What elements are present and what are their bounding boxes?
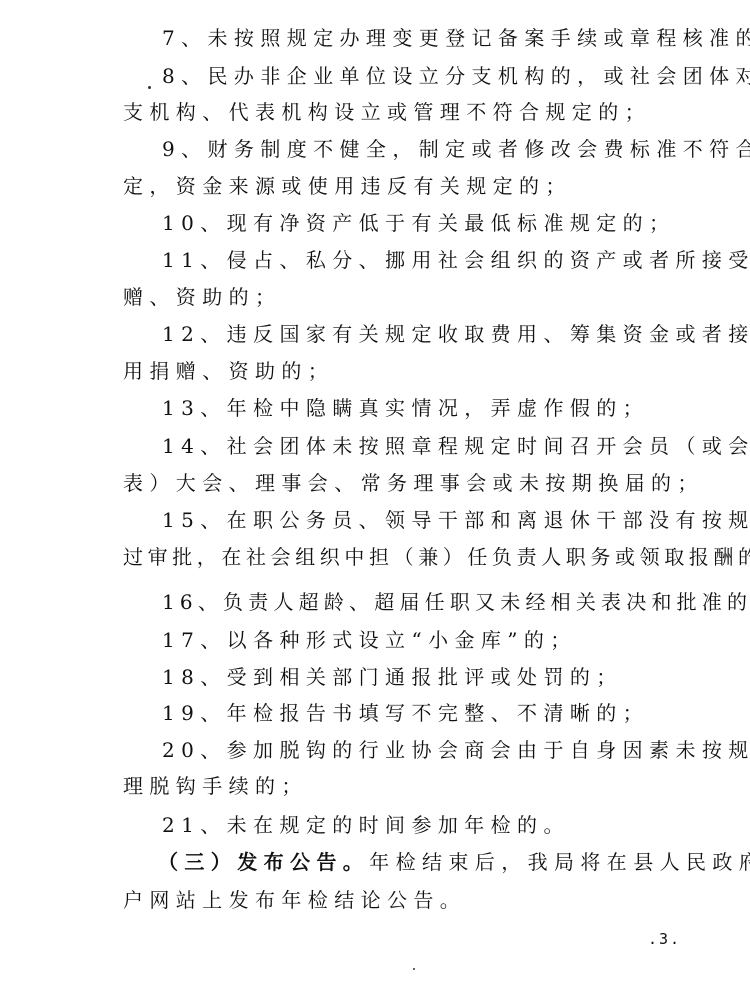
- list-item-10: 10、现有净资产低于有关最低标准规定的；: [162, 208, 722, 238]
- list-item-11-cont: 赠、资助的；: [123, 282, 683, 312]
- list-item-8: 8、民办非企业单位设立分支机构的，或社会团体对分: [162, 61, 722, 91]
- list-item-7: 7、未按照规定办理变更登记备案手续或章程核准的；: [162, 23, 722, 53]
- section-paragraph-cont: 户网站上发布年检结论公告。: [123, 885, 683, 915]
- list-item-14-cont: 表）大会、理事会、常务理事会或未按期换届的；: [123, 468, 683, 498]
- list-item-19: 19、年检报告书填写不完整、不清晰的；: [162, 698, 722, 728]
- list-item-8-cont: 支机构、代表机构设立或管理不符合规定的；: [123, 97, 683, 127]
- scan-speck: [148, 86, 151, 89]
- section-paragraph: （三）发布公告。年检结束后，我局将在县人民政府门: [158, 847, 718, 877]
- list-item-20: 20、参加脱钩的行业协会商会由于自身因素未按规定办: [162, 735, 722, 765]
- list-item-15: 15、在职公务员、领导干部和离退休干部没有按规定经: [162, 505, 722, 535]
- page-number: .3.: [648, 930, 681, 948]
- list-item-9-cont: 定，资金来源或使用违反有关规定的；: [123, 171, 683, 201]
- list-item-12: 12、违反国家有关规定收取费用、筹集资金或者接受使: [162, 319, 722, 349]
- list-item-21: 21、未在规定的时间参加年检的。: [162, 810, 722, 840]
- list-item-12-cont: 用捐赠、资助的；: [123, 356, 683, 386]
- document-page: 7、未按照规定办理变更登记备案手续或章程核准的； 8、民办非企业单位设立分支机构…: [0, 0, 750, 1008]
- list-item-14: 14、社会团体未按照章程规定时间召开会员（或会员代: [162, 431, 722, 461]
- list-item-9: 9、财务制度不健全，制定或者修改会费标准不符合规: [162, 134, 722, 164]
- scan-speck: [413, 968, 415, 970]
- list-item-13: 13、年检中隐瞒真实情况，弄虚作假的；: [162, 393, 722, 423]
- list-item-17: 17、以各种形式设立“小金库”的；: [162, 625, 722, 655]
- list-item-15-cont: 过审批，在社会组织中担（兼）任负责人职务或领取报酬的；: [123, 542, 683, 572]
- section-heading: （三）发布公告。: [158, 850, 369, 874]
- section-body: 年检结束后，我局将在县人民政府门: [369, 850, 750, 874]
- list-item-11: 11、侵占、私分、挪用社会组织的资产或者所接受的捐: [162, 245, 722, 275]
- list-item-16: 16、负责人超龄、超届任职又未经相关表决和批准的；: [162, 587, 722, 617]
- list-item-18: 18、受到相关部门通报批评或处罚的；: [162, 662, 722, 692]
- list-item-20-cont: 理脱钩手续的；: [123, 771, 683, 801]
